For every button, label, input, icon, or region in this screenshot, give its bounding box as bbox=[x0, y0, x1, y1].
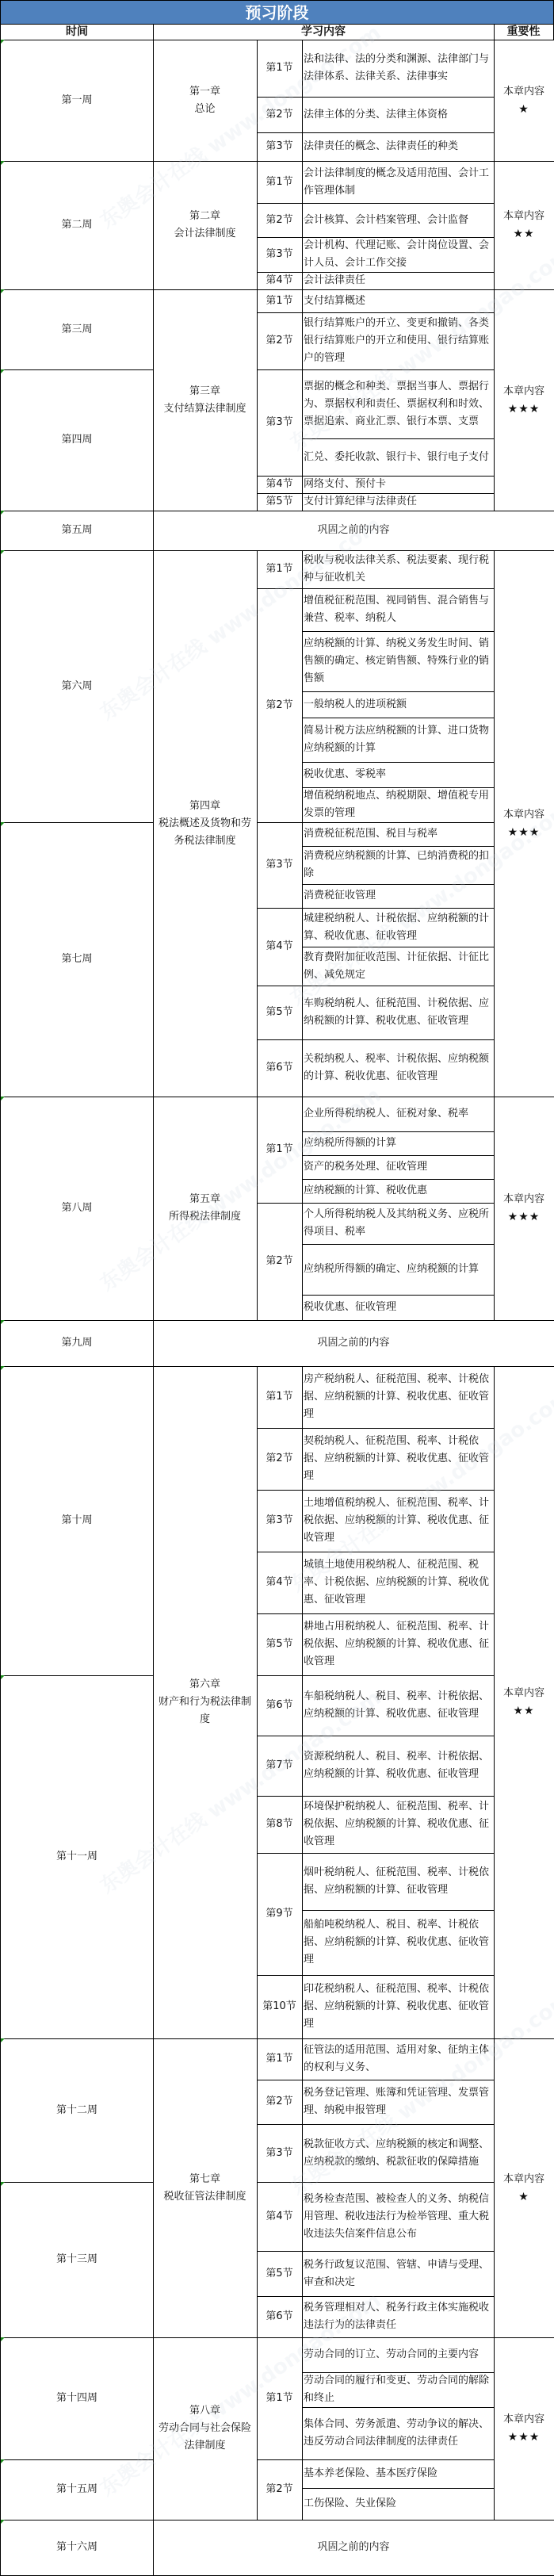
week-cell: 第三周 bbox=[0, 289, 154, 370]
review-cell: 巩固之前的内容 bbox=[153, 1320, 554, 1367]
importance-label: 本章内容 bbox=[503, 1685, 544, 1702]
chapter-number: 第三章 bbox=[189, 383, 220, 400]
topic-cell: 车船税纳税人、税目、税率、计税依据、应纳税额的计算、税收优惠、征收管理 bbox=[302, 1675, 495, 1736]
section-cell: 第9节 bbox=[257, 1853, 303, 1976]
comment-marker-icon bbox=[1, 2038, 5, 2042]
chapter-number: 第六章 bbox=[189, 1676, 220, 1694]
topic-cell: 税务行政复议范围、管辖、申请与受理、审查和决定 bbox=[302, 2251, 495, 2297]
topic-cell: 教育费附加征收范围、计征依据、计征比例、减免规定 bbox=[302, 947, 495, 986]
section-cell: 第1节 bbox=[257, 1097, 303, 1204]
section-cell: 第4节 bbox=[257, 272, 303, 290]
week-cell: 第十三周 bbox=[0, 2182, 154, 2338]
topic-cell: 城建税纳税人、计税依据、应纳税额的计算、税收优惠、征收管理 bbox=[302, 908, 495, 947]
section-cell: 第3节 bbox=[257, 2124, 303, 2183]
section-cell: 第3节 bbox=[257, 369, 303, 477]
importance-cell: 本章内容★★★ bbox=[494, 2337, 554, 2520]
topic-cell: 船舶吨税纳税人、税目、税率、计税依据、应纳税额的计算、税收优惠、征收管理 bbox=[302, 1910, 495, 1976]
chapter-name: 会计法律制度 bbox=[170, 225, 239, 243]
comment-marker-icon bbox=[1, 2337, 5, 2341]
review-cell: 巩固之前的内容 bbox=[153, 511, 554, 551]
topic-cell: 汇兑、委托收款、银行卡、银行电子支付 bbox=[302, 438, 495, 477]
topic-cell: 关税纳税人、税率、计税依据、应纳税额的计算、税收优惠、征收管理 bbox=[302, 1039, 495, 1097]
topic-cell: 征管法的适用范围、适用对象、征纳主体的权利与义务、 bbox=[302, 2038, 495, 2080]
chapter-number: 第二章 bbox=[189, 208, 220, 225]
section-cell: 第1节 bbox=[257, 1366, 303, 1429]
section-cell: 第3节 bbox=[257, 822, 303, 909]
topic-cell: 消费税应纳税额的计算、已纳消费税的扣除 bbox=[302, 846, 495, 885]
section-cell: 第4节 bbox=[257, 1552, 303, 1614]
section-cell: 第6节 bbox=[257, 1039, 303, 1097]
star-rating-icon: ★★ bbox=[513, 225, 534, 243]
review-cell: 巩固之前的内容 bbox=[153, 2520, 554, 2576]
chapter-cell: 第二章会计法律制度 bbox=[153, 161, 258, 290]
week-cell: 第八周 bbox=[0, 1097, 154, 1321]
topic-cell: 集体合同、劳务派遣、劳动争议的解决、违反劳动合同法律制度的法律责任 bbox=[302, 2407, 495, 2460]
chapter-number: 第八章 bbox=[189, 2402, 220, 2420]
topic-cell: 网络支付、预付卡 bbox=[302, 476, 495, 494]
topic-cell: 法和法律、法的分类和渊源、法律部门与法律体系、法律关系、法律事实 bbox=[302, 40, 495, 98]
importance-cell: 本章内容★★ bbox=[494, 161, 554, 290]
comment-marker-icon bbox=[1, 161, 5, 165]
chapter-cell: 第一章总论 bbox=[153, 40, 258, 162]
section-cell: 第3节 bbox=[257, 237, 303, 273]
importance-label: 本章内容 bbox=[503, 83, 544, 101]
week-cell: 第四周 bbox=[0, 369, 154, 511]
topic-cell: 银行结算账户的开立、变更和撤销、各类银行结算账户的开立和使用、银行结算账户的管理 bbox=[302, 312, 495, 370]
comment-marker-icon bbox=[1, 1366, 5, 1370]
week-cell: 第二周 bbox=[0, 161, 154, 290]
comment-marker-icon bbox=[1, 1675, 5, 1679]
section-cell: 第3节 bbox=[257, 132, 303, 162]
week-cell: 第十周 bbox=[0, 1366, 154, 1676]
topic-cell: 一般纳税人的进项税额 bbox=[302, 691, 495, 718]
chapter-number: 第五章 bbox=[189, 1191, 220, 1208]
importance-label: 本章内容 bbox=[503, 383, 544, 400]
topic-cell: 消费税征税范围、税目与税率 bbox=[302, 822, 495, 847]
topic-cell: 票据的概念和种类、票据当事人、票据行为、票据权利和责任、票据权利和时效、票据追索… bbox=[302, 369, 495, 439]
section-cell: 第5节 bbox=[257, 986, 303, 1040]
topic-cell: 契税纳税人、征税范围、税率、计税依据、应纳税额的计算、税收优惠、征收管理 bbox=[302, 1428, 495, 1491]
section-cell: 第6节 bbox=[257, 1675, 303, 1736]
topic-cell: 环境保护税纳税人、征税范围、税率、计税依据、应纳税额的计算、税收优惠、征收管理 bbox=[302, 1796, 495, 1854]
chapter-number: 第四章 bbox=[189, 798, 220, 815]
topic-cell: 税务检查范围、被检查人的义务、纳税信用管理、税收违法行为检举管理、重大税收违法失… bbox=[302, 2182, 495, 2252]
topic-cell: 应纳税额的计算、纳税义务发生时间、销售额的确定、核定销售额、特殊行业的销售额 bbox=[302, 631, 495, 692]
section-cell: 第2节 bbox=[257, 1428, 303, 1491]
star-rating-icon: ★★ bbox=[513, 1702, 534, 1720]
section-cell: 第2节 bbox=[257, 2080, 303, 2125]
section-cell: 第1节 bbox=[257, 2038, 303, 2080]
section-cell: 第2节 bbox=[257, 97, 303, 133]
section-cell: 第4节 bbox=[257, 2182, 303, 2252]
chapter-number: 第一章 bbox=[189, 83, 220, 101]
topic-cell: 税收与税收法律关系、税法要素、现行税种与征收机关 bbox=[302, 550, 495, 589]
chapter-cell: 第七章税收征管法律制度 bbox=[153, 2038, 258, 2338]
section-cell: 第1节 bbox=[257, 289, 303, 313]
study-schedule-table: 预习阶段 时间 学习内容 重要性 第一周第二周第三周第四周第五周巩固之前的内容第… bbox=[0, 0, 554, 2576]
topic-cell: 城镇土地使用税纳税人、征税范围、税率、计税依据、应纳税额的计算、税收优惠、征收管… bbox=[302, 1552, 495, 1614]
importance-cell: 本章内容★ bbox=[494, 40, 554, 162]
section-cell: 第1节 bbox=[257, 161, 303, 204]
topic-cell: 法律责任的概念、法律责任的种类 bbox=[302, 132, 495, 162]
section-cell: 第1节 bbox=[257, 40, 303, 98]
importance-label: 本章内容 bbox=[503, 1191, 544, 1208]
topic-cell: 印花税纳税人、征税范围、税率、计税依据、应纳税额的计算、税收优惠、征收管理 bbox=[302, 1975, 495, 2039]
topic-cell: 增值税纳税地点、纳税期限、增值税专用发票的管理 bbox=[302, 787, 495, 823]
section-cell: 第5节 bbox=[257, 2251, 303, 2297]
topic-cell: 消费税征收管理 bbox=[302, 884, 495, 909]
section-cell: 第4节 bbox=[257, 908, 303, 986]
chapter-name: 税收征管法律制度 bbox=[160, 2188, 249, 2206]
chapter-cell: 第八章劳动合同与社会保险法律制度 bbox=[153, 2337, 258, 2520]
topic-cell: 个人所得税纳税人及其纳税义务、应税所得项目、税率 bbox=[302, 1203, 495, 1245]
importance-cell: 本章内容★★★ bbox=[494, 1097, 554, 1321]
topic-cell: 支付结算概述 bbox=[302, 289, 495, 313]
comment-marker-icon bbox=[1, 289, 5, 293]
header-time: 时间 bbox=[0, 24, 154, 40]
topic-cell: 企业所得税纳税人、征税对象、税率 bbox=[302, 1097, 495, 1132]
topic-cell: 会计核算、会计档案管理、会计监督 bbox=[302, 203, 495, 238]
section-cell: 第2节 bbox=[257, 588, 303, 823]
section-cell: 第6节 bbox=[257, 2296, 303, 2338]
topic-cell: 会计法律制度的概念及适用范围、会计工作管理体制 bbox=[302, 161, 495, 204]
topic-cell: 劳动合同的订立、劳动合同的主要内容 bbox=[302, 2337, 495, 2373]
importance-cell: 本章内容★★★ bbox=[494, 550, 554, 1097]
section-cell: 第5节 bbox=[257, 1613, 303, 1676]
topic-cell: 应纳税额的计算、税收优惠 bbox=[302, 1179, 495, 1204]
star-rating-icon: ★★★ bbox=[508, 2429, 541, 2446]
topic-cell: 土地增值税纳税人、征税范围、税率、计税依据、应纳税额的计算、税收优惠、征收管理 bbox=[302, 1490, 495, 1552]
importance-label: 本章内容 bbox=[503, 2411, 544, 2429]
star-rating-icon: ★★★ bbox=[508, 824, 541, 841]
topic-cell: 车购税纳税人、征税范围、计税依据、应纳税额的计算、税收优惠、征收管理 bbox=[302, 986, 495, 1040]
chapter-name: 税法概述及货物和劳务税法律制度 bbox=[153, 815, 257, 850]
importance-cell: 本章内容★ bbox=[494, 2038, 554, 2338]
topic-cell: 支付计算纪律与法律责任 bbox=[302, 493, 495, 511]
topic-cell: 税款征收方式、应纳税额的核定和调整、应纳税款的缴纳、税款征收的保障措施 bbox=[302, 2124, 495, 2183]
comment-marker-icon bbox=[1, 2520, 5, 2524]
topic-cell: 法律主体的分类、法律主体资格 bbox=[302, 97, 495, 133]
topic-cell: 烟叶税纳税人、征税范围、税率、计税依据、应纳税额的计算、征收管理 bbox=[302, 1853, 495, 1911]
topic-cell: 会计机构、代理记账、会计岗位设置、会计人员、会计工作交接 bbox=[302, 237, 495, 273]
section-cell: 第3节 bbox=[257, 1490, 303, 1552]
section-cell: 第7节 bbox=[257, 1736, 303, 1797]
header-importance: 重要性 bbox=[494, 24, 554, 40]
week-cell: 第十五周 bbox=[0, 2459, 154, 2520]
topic-cell: 基本养老保险、基本医疗保险 bbox=[302, 2459, 495, 2489]
week-cell: 第六周 bbox=[0, 550, 154, 823]
week-cell: 第一周 bbox=[0, 40, 154, 162]
topic-cell: 资产的税务处理、征收管理 bbox=[302, 1155, 495, 1180]
week-cell: 第十四周 bbox=[0, 2337, 154, 2460]
importance-cell: 本章内容★★ bbox=[494, 1366, 554, 2039]
topic-cell: 简易计税方法应纳税额的计算、进口货物应纳税额的计算 bbox=[302, 718, 495, 763]
week-cell: 第十六周 bbox=[0, 2520, 154, 2576]
chapter-name: 支付结算法律制度 bbox=[160, 400, 249, 418]
comment-marker-icon bbox=[1, 1320, 5, 1324]
topic-cell: 工伤保险、失业保险 bbox=[302, 2488, 495, 2520]
section-cell: 第5节 bbox=[257, 493, 303, 511]
importance-label: 本章内容 bbox=[503, 806, 544, 824]
star-rating-icon: ★ bbox=[518, 101, 529, 118]
comment-marker-icon bbox=[1, 511, 5, 515]
comment-marker-icon bbox=[1, 2459, 5, 2463]
section-cell: 第8节 bbox=[257, 1796, 303, 1854]
star-rating-icon: ★ bbox=[518, 2188, 529, 2206]
section-cell: 第2节 bbox=[257, 312, 303, 370]
section-cell: 第1节 bbox=[257, 550, 303, 589]
topic-cell: 税务登记管理、账簿和凭证管理、发票管理、纳税申报管理 bbox=[302, 2080, 495, 2125]
comment-marker-icon bbox=[1, 822, 5, 826]
chapter-number: 第七章 bbox=[189, 2171, 220, 2188]
section-cell: 第2节 bbox=[257, 2459, 303, 2520]
table-title: 预习阶段 bbox=[0, 0, 554, 25]
topic-cell: 劳动合同的履行和变更、劳动合同的解除和终止 bbox=[302, 2372, 495, 2408]
comment-marker-icon bbox=[1, 40, 5, 44]
importance-label: 本章内容 bbox=[503, 2171, 544, 2188]
section-cell: 第1节 bbox=[257, 2337, 303, 2460]
week-cell: 第十一周 bbox=[0, 1675, 154, 2039]
chapter-cell: 第四章税法概述及货物和劳务税法律制度 bbox=[153, 550, 258, 1097]
topic-cell: 资源税纳税人、税目、税率、计税依据、应纳税额的计算、税收优惠、征收管理 bbox=[302, 1736, 495, 1797]
chapter-cell: 第三章支付结算法律制度 bbox=[153, 289, 258, 511]
comment-marker-icon bbox=[1, 2182, 5, 2186]
importance-label: 本章内容 bbox=[503, 208, 544, 225]
topic-cell: 税务管理相对人、税务行政主体实施税收违法行为的法律责任 bbox=[302, 2296, 495, 2338]
week-cell: 第五周 bbox=[0, 511, 154, 551]
chapter-cell: 第五章所得税法律制度 bbox=[153, 1097, 258, 1321]
topic-cell: 税收优惠、零税率 bbox=[302, 762, 495, 788]
section-cell: 第2节 bbox=[257, 1203, 303, 1321]
star-rating-icon: ★★★ bbox=[508, 400, 541, 418]
week-cell: 第九周 bbox=[0, 1320, 154, 1367]
week-cell: 第十二周 bbox=[0, 2038, 154, 2183]
topic-cell: 耕地占用税纳税人、征税范围、税率、计税依据、应纳税额的计算、税收优惠、征收管理 bbox=[302, 1613, 495, 1676]
section-cell: 第10节 bbox=[257, 1975, 303, 2039]
chapter-name: 劳动合同与社会保险法律制度 bbox=[153, 2420, 257, 2455]
header-content: 学习内容 bbox=[153, 24, 495, 40]
chapter-name: 所得税法律制度 bbox=[166, 1208, 244, 1226]
topic-cell: 会计法律责任 bbox=[302, 272, 495, 290]
chapter-name: 总论 bbox=[191, 101, 218, 118]
chapter-cell: 第六章财产和行为税法律制度 bbox=[153, 1366, 258, 2039]
topic-cell: 房产税纳税人、征税范围、税率、计税依据、应纳税额的计算、税收优惠、征收管理 bbox=[302, 1366, 495, 1429]
comment-marker-icon bbox=[1, 1097, 5, 1100]
comment-marker-icon bbox=[1, 369, 5, 373]
importance-cell: 本章内容★★★ bbox=[494, 289, 554, 511]
topic-cell: 增值税征税范围、视同销售、混合销售与兼营、税率、纳税人 bbox=[302, 588, 495, 632]
star-rating-icon: ★★★ bbox=[508, 1208, 541, 1226]
chapter-name: 财产和行为税法律制度 bbox=[153, 1694, 257, 1728]
topic-cell: 应纳税所得额的确定、应纳税额的计算 bbox=[302, 1244, 495, 1296]
topic-cell: 税收优惠、征收管理 bbox=[302, 1295, 495, 1321]
section-cell: 第4节 bbox=[257, 476, 303, 494]
section-cell: 第2节 bbox=[257, 203, 303, 238]
topic-cell: 应纳税所得额的计算 bbox=[302, 1131, 495, 1156]
comment-marker-icon bbox=[1, 550, 5, 554]
week-cell: 第七周 bbox=[0, 822, 154, 1097]
